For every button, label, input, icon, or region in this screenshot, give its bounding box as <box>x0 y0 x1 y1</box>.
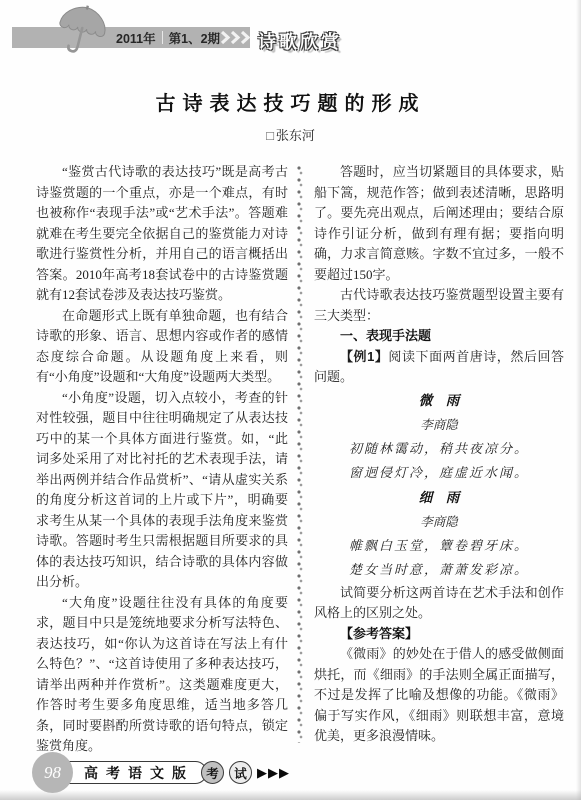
issue-year: 2011年 <box>116 29 156 47</box>
section-logo: 诗歌欣赏 <box>258 28 342 54</box>
poem-poet: 李商隐 <box>314 413 564 437</box>
example-intro: 【例1】阅读下面两首唐诗，然后回答问题。 <box>314 347 564 388</box>
badge-kao: 考 <box>201 761 224 784</box>
poem-line: 初随林霭动，稍共夜凉分。 <box>314 437 564 461</box>
poem-line: 楚女当时意，萧萧发彩凉。 <box>314 558 564 582</box>
reference-answer: 《微雨》的妙处在于借人的感受做侧面烘托，而《细雨》的手法则全属正面描写，不过是发… <box>314 644 564 747</box>
page-title: 古诗表达技巧题的形成 <box>0 87 581 116</box>
poem-weiyu: 微 雨 李商隐 初随林霭动，稍共夜凉分。 窗迥侵灯冷，庭虚近水闻。 <box>314 389 564 485</box>
answer-heading: 【参考答案】 <box>314 624 564 645</box>
poem-xiyu: 细 雨 李商隐 帷飘白玉堂，簟卷碧牙床。 楚女当时意，萧萧发彩凉。 <box>314 486 564 582</box>
paragraph: “小角度”设题，切入点较小，考查的针对性较强，题目中往往明确规定了从表达技巧中的… <box>36 388 288 593</box>
footer-arrows-icon: ▶▶▶ <box>257 765 290 781</box>
issue-separator <box>162 31 163 44</box>
issue-info: 2011年 第1、2期 <box>116 29 220 47</box>
section-heading: 一、表现手法题 <box>314 326 564 347</box>
exam-question: 试简要分析这两首诗在艺术手法和创作风格上的区别之处。 <box>314 583 564 624</box>
author-marker: □ <box>266 128 274 143</box>
right-column: 答题时，应当切紧题目的具体要求，贴船下篙，规范作答；做到表述清晰，思路明了。要先… <box>314 162 564 757</box>
poem-title: 微 雨 <box>314 389 564 413</box>
paragraph: 答题时，应当切紧题目的具体要求，贴船下篙，规范作答；做到表述清晰，思路明了。要先… <box>314 162 564 285</box>
poem-line: 窗迥侵灯冷，庭虚近水闻。 <box>314 461 564 485</box>
poem-title: 细 雨 <box>314 486 564 510</box>
author-line: □张东河 <box>0 125 581 144</box>
example-label: 【例1】 <box>340 349 388 364</box>
issue-number: 第1、2期 <box>169 29 220 47</box>
article-body: “鉴赏古代诗歌的表达技巧”既是高考古诗鉴赏题的一个重点，亦是一个难点，有时也被称… <box>36 162 564 757</box>
author-name: 张东河 <box>276 128 315 143</box>
paragraph: “鉴赏古代诗歌的表达技巧”既是高考古诗鉴赏题的一个重点，亦是一个难点，有时也被称… <box>36 162 288 306</box>
badge-shi: 试 <box>229 761 252 784</box>
umbrella-icon <box>54 3 110 64</box>
scan-edge-right <box>576 0 581 800</box>
poem-poet: 李商隐 <box>314 510 564 534</box>
column-divider-ornament <box>296 165 303 743</box>
brand-label: 高考语文版 <box>57 761 207 784</box>
paragraph: “大角度”设题往往没有具体的角度要求，题目中只是笼统地要求分析写法特色、表达技巧… <box>36 593 288 757</box>
paragraph: 古代诗歌表达技巧鉴赏题型设置主要有三大类型： <box>314 285 564 326</box>
poem-line: 帷飘白玉堂，簟卷碧牙床。 <box>314 534 564 558</box>
scan-edge-bottom <box>0 790 581 800</box>
page-footer: 98 高考语文版 考 试 ▶▶▶ <box>32 752 290 793</box>
header-issue-bar: 2011年 第1、2期 <box>12 27 250 48</box>
left-column: “鉴赏古代诗歌的表达技巧”既是高考古诗鉴赏题的一个重点，亦是一个难点，有时也被称… <box>36 162 288 757</box>
paragraph: 在命题形式上既有单独命题，也有结合诗歌的形象、语言、思想内容或作者的感情态度综合… <box>36 306 288 388</box>
page-number-badge: 98 <box>32 752 73 793</box>
chevrons-icon <box>220 30 254 45</box>
